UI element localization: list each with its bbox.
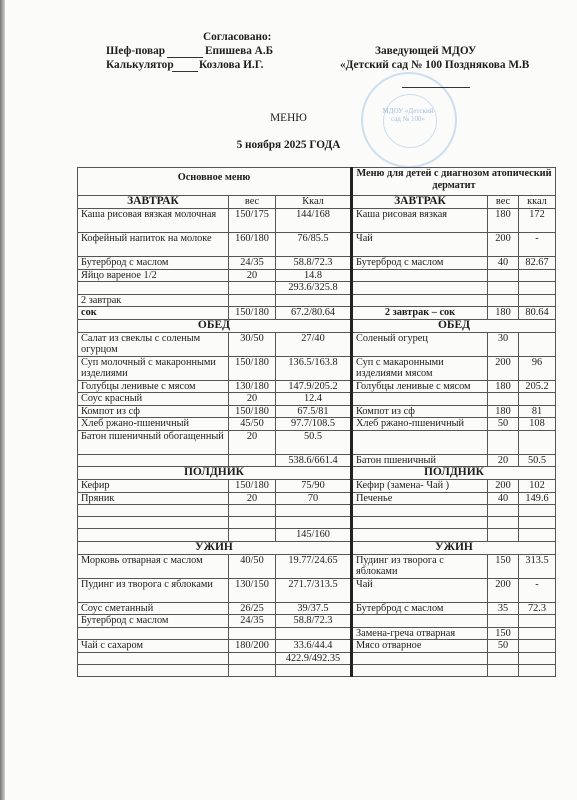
atopic-kcal: 72.3 [519, 602, 556, 615]
main-dish-name [78, 627, 229, 640]
atopic-kcal: - [519, 578, 556, 602]
main-dish-name: Каша рисовая вязкая молочная [78, 209, 229, 233]
atopic-dish-name: Суп с макаронными изделиями мясом [352, 356, 488, 380]
atopic-dish-name: Чай [352, 233, 488, 257]
main-dish-name [78, 652, 229, 665]
atopic-weight [488, 269, 519, 282]
main-kcal: 19.77/24.65 [276, 554, 352, 578]
main-kcal: 27/40 [276, 332, 352, 356]
table-row: 2 завтрак [78, 294, 556, 307]
atopic-weight [488, 529, 519, 542]
main-weight [229, 517, 276, 529]
atopic-dish-name: Хлеб ржано-пшеничный [352, 418, 488, 431]
table-row: Яйцо вареное 1/22014.8 [78, 269, 556, 282]
main-kcal: 33.6/44.4 [276, 640, 352, 653]
atopic-kcal: 80.64 [519, 307, 556, 320]
table-row [78, 665, 556, 677]
atopic-dish-name [352, 505, 488, 517]
atopic-weight: 200 [488, 233, 519, 257]
atopic-kcal [519, 529, 556, 542]
table-row: Соус сметанный26/2539/37.5Бутерброд с ма… [78, 602, 556, 615]
atopic-kcal [519, 517, 556, 529]
atopic-kcal [519, 652, 556, 665]
calc-label: Калькулятор [106, 58, 174, 72]
atopic-kcal: 313.5 [519, 554, 556, 578]
table-row [78, 505, 556, 517]
table-row: Кефир150/18075/90Кефир (замена- Чай )200… [78, 480, 556, 493]
calc-name: Козлова И.Г. [199, 58, 263, 72]
main-dish-name: Бутерброд с маслом [78, 257, 229, 270]
atopic-dish-name [352, 529, 488, 542]
section-header-lunch-right: ОБЕД [352, 319, 556, 332]
weight-header-right: вес [488, 196, 519, 209]
atopic-weight [488, 615, 519, 628]
atopic-weight: 200 [488, 578, 519, 602]
main-kcal: 145/160 [276, 529, 352, 542]
main-weight [229, 294, 276, 307]
atopic-dish-name: Кефир (замена- Чай ) [352, 480, 488, 493]
main-weight: 45/50 [229, 418, 276, 431]
atopic-kcal: 149.6 [519, 492, 556, 505]
main-kcal [276, 505, 352, 517]
main-kcal: 39/37.5 [276, 602, 352, 615]
atopic-dish-name [352, 430, 488, 454]
main-kcal: 538.6/661.4 [276, 454, 352, 467]
atopic-weight [488, 652, 519, 665]
atopic-weight [488, 282, 519, 295]
atopic-weight: 200 [488, 356, 519, 380]
main-kcal: 67.5/81 [276, 405, 352, 418]
main-weight: 26/25 [229, 602, 276, 615]
kcal-header-left: Ккал [276, 196, 352, 209]
main-weight: 24/35 [229, 615, 276, 628]
main-weight [229, 454, 276, 467]
atopic-kcal [519, 640, 556, 653]
main-weight: 150/180 [229, 480, 276, 493]
page-title: МЕНЮ [0, 112, 577, 124]
atopic-weight: 50 [488, 418, 519, 431]
atopic-weight: 30 [488, 332, 519, 356]
main-weight: 30/50 [229, 332, 276, 356]
atopic-weight: 180 [488, 405, 519, 418]
section-header-lunch-left: ОБЕД [78, 319, 352, 332]
main-dish-name [78, 454, 229, 467]
main-dish-name: Чай с сахаром [78, 640, 229, 653]
main-kcal [276, 627, 352, 640]
atopic-kcal [519, 332, 556, 356]
atopic-dish-name [352, 269, 488, 282]
atopic-kcal: 96 [519, 356, 556, 380]
main-weight [229, 665, 276, 677]
atopic-weight [488, 665, 519, 677]
main-dish-name [78, 282, 229, 295]
atopic-kcal: 82.67 [519, 257, 556, 270]
main-kcal: 97.7/108.5 [276, 418, 352, 431]
main-kcal: 136.5/163.8 [276, 356, 352, 380]
atopic-dish-name: Батон пшеничный [352, 454, 488, 467]
main-dish-name: Компот из сф [78, 405, 229, 418]
breakfast-header-left: ЗАВТРАК [78, 196, 229, 209]
main-dish-name: Салат из свеклы с соленым огурцом [78, 332, 229, 356]
atopic-dish-name [352, 665, 488, 677]
atopic-weight: 40 [488, 257, 519, 270]
table-row: Морковь отварная с маслом40/5019.77/24.6… [78, 554, 556, 578]
atopic-dish-name: Чай [352, 578, 488, 602]
table-row: Салат из свеклы с соленым огурцом30/5027… [78, 332, 556, 356]
atopic-kcal [519, 615, 556, 628]
main-dish-name: Соус сметанный [78, 602, 229, 615]
atopic-kcal [519, 282, 556, 295]
main-kcal [276, 517, 352, 529]
main-dish-name: Голубцы ленивые с мясом [78, 380, 229, 393]
main-weight: 20 [229, 430, 276, 454]
calc-signature-line [172, 71, 198, 72]
atopic-dish-name: 2 завтрак – сок [352, 307, 488, 320]
main-kcal [276, 294, 352, 307]
atopic-kcal [519, 393, 556, 406]
atopic-kcal: 81 [519, 405, 556, 418]
atopic-weight: 50 [488, 640, 519, 653]
main-weight [229, 282, 276, 295]
section-header-snack-left: ПОЛДНИК [78, 467, 352, 480]
atopic-dish-name: Соленый огурец [352, 332, 488, 356]
kcal-header-right: ккал [519, 196, 556, 209]
main-dish-name [78, 665, 229, 677]
table-row: Суп молочный с макаронными изделиями150/… [78, 356, 556, 380]
approved-label: Согласовано: [203, 30, 271, 44]
atopic-kcal: 108 [519, 418, 556, 431]
main-dish-name: сок [78, 307, 229, 320]
atopic-weight [488, 505, 519, 517]
table-row: Хлеб ржано-пшеничный45/5097.7/108.5Хлеб … [78, 418, 556, 431]
table-row: Бутерброд с маслом24/3558.8/72.3Бутербро… [78, 257, 556, 270]
atopic-kcal [519, 505, 556, 517]
main-kcal: 58.8/72.3 [276, 257, 352, 270]
section-header-dinner-right: УЖИН [352, 541, 556, 554]
atopic-kcal [519, 665, 556, 677]
table-row: Батон пшеничный обогащенный2050.5 [78, 430, 556, 454]
atopic-weight: 180 [488, 209, 519, 233]
main-weight: 20 [229, 492, 276, 505]
main-menu-title: Основное меню [78, 168, 352, 196]
atopic-kcal [519, 430, 556, 454]
section-header-snack-right: ПОЛДНИК [352, 467, 556, 480]
main-dish-name [78, 505, 229, 517]
head-signature-line [402, 87, 470, 88]
main-weight [229, 652, 276, 665]
main-kcal: 271.7/313.5 [276, 578, 352, 602]
atopic-dish-name: Бутерброд с маслом [352, 257, 488, 270]
atopic-dish-name [352, 652, 488, 665]
main-kcal: 76/85.5 [276, 233, 352, 257]
chef-name: Епишева А.Б [205, 44, 273, 58]
atopic-kcal: 172 [519, 209, 556, 233]
main-dish-name: 2 завтрак [78, 294, 229, 307]
atopic-weight: 200 [488, 480, 519, 493]
main-kcal [276, 665, 352, 677]
atopic-dish-name: Бутерброд с маслом [352, 602, 488, 615]
main-weight: 20 [229, 269, 276, 282]
table-row: Чай с сахаром180/20033.6/44.4Мясо отварн… [78, 640, 556, 653]
main-weight: 150/180 [229, 356, 276, 380]
main-weight [229, 529, 276, 542]
atopic-dish-name [352, 393, 488, 406]
table-row: Бутерброд с маслом24/3558.8/72.3 [78, 615, 556, 628]
main-weight: 180/200 [229, 640, 276, 653]
main-kcal: 14.8 [276, 269, 352, 282]
atopic-kcal [519, 627, 556, 640]
table-row [78, 517, 556, 529]
atopic-weight: 20 [488, 454, 519, 467]
breakfast-header-right: ЗАВТРАК [352, 196, 488, 209]
main-weight: 150/175 [229, 209, 276, 233]
atopic-weight: 40 [488, 492, 519, 505]
main-kcal: 293.6/325.8 [276, 282, 352, 295]
table-row: 145/160 [78, 529, 556, 542]
atopic-kcal: 50.5 [519, 454, 556, 467]
atopic-kcal [519, 294, 556, 307]
head-org-name: «Детский сад № 100 Позднякова М.В [340, 58, 529, 72]
atopic-dish-name: Голубцы ленивые с мясом [352, 380, 488, 393]
table-row: Компот из сф150/18067.5/81Компот из сф18… [78, 405, 556, 418]
main-dish-name: Яйцо вареное 1/2 [78, 269, 229, 282]
table-row: 538.6/661.4Батон пшеничный2050.5 [78, 454, 556, 467]
chef-label: Шеф-повар [106, 44, 165, 58]
main-weight: 24/35 [229, 257, 276, 270]
atopic-menu-title: Меню для детей с диагнозом атопический д… [352, 168, 556, 196]
main-dish-name: Батон пшеничный обогащенный [78, 430, 229, 454]
atopic-weight [488, 517, 519, 529]
main-kcal: 50.5 [276, 430, 352, 454]
main-weight: 20 [229, 393, 276, 406]
main-dish-name: Кофейный напиток на молоке [78, 233, 229, 257]
main-kcal: 70 [276, 492, 352, 505]
table-row: Пудинг из творога с яблоками130/150271.7… [78, 578, 556, 602]
main-weight [229, 627, 276, 640]
atopic-dish-name [352, 294, 488, 307]
table-row: Каша рисовая вязкая молочная150/175144/1… [78, 209, 556, 233]
menu-date: 5 ноября 2025 ГОДА [0, 139, 577, 151]
main-dish-name: Суп молочный с макаронными изделиями [78, 356, 229, 380]
main-weight: 150/180 [229, 405, 276, 418]
atopic-weight: 35 [488, 602, 519, 615]
atopic-weight: 180 [488, 307, 519, 320]
atopic-dish-name: Каша рисовая вязкая [352, 209, 488, 233]
main-dish-name: Морковь отварная с маслом [78, 554, 229, 578]
main-dish-name: Пудинг из творога с яблоками [78, 578, 229, 602]
main-dish-name: Бутерброд с маслом [78, 615, 229, 628]
main-weight [229, 505, 276, 517]
table-row: Голубцы ленивые с мясом130/180147.9/205.… [78, 380, 556, 393]
atopic-weight: 150 [488, 627, 519, 640]
main-weight: 130/180 [229, 380, 276, 393]
atopic-kcal: 205.2 [519, 380, 556, 393]
menu-table: Основное меню Меню для детей с диагнозом… [77, 167, 556, 677]
table-row: Кофейный напиток на молоке160/18076/85.5… [78, 233, 556, 257]
weight-header-left: вес [229, 196, 276, 209]
main-kcal: 75/90 [276, 480, 352, 493]
atopic-dish-name: Пудинг из творога с яблоками [352, 554, 488, 578]
atopic-kcal: 102 [519, 480, 556, 493]
main-dish-name [78, 517, 229, 529]
table-row: 293.6/325.8 [78, 282, 556, 295]
atopic-kcal: - [519, 233, 556, 257]
main-kcal: 144/168 [276, 209, 352, 233]
main-kcal: 147.9/205.2 [276, 380, 352, 393]
atopic-dish-name [352, 615, 488, 628]
main-kcal: 67.2/80.64 [276, 307, 352, 320]
section-header-dinner-left: УЖИН [78, 541, 352, 554]
atopic-dish-name: Мясо отварное [352, 640, 488, 653]
main-weight: 40/50 [229, 554, 276, 578]
table-row: Соус красный2012.4 [78, 393, 556, 406]
atopic-weight [488, 393, 519, 406]
table-row: Пряник2070Печенье40149.6 [78, 492, 556, 505]
main-dish-name [78, 529, 229, 542]
atopic-kcal [519, 269, 556, 282]
atopic-weight: 180 [488, 380, 519, 393]
main-weight: 150/180 [229, 307, 276, 320]
main-dish-name: Хлеб ржано-пшеничный [78, 418, 229, 431]
main-dish-name: Кефир [78, 480, 229, 493]
main-kcal: 58.8/72.3 [276, 615, 352, 628]
atopic-dish-name [352, 517, 488, 529]
atopic-dish-name [352, 282, 488, 295]
atopic-dish-name: Замена-греча отварная [352, 627, 488, 640]
table-row: 422.9/492.35 [78, 652, 556, 665]
atopic-dish-name: Печенье [352, 492, 488, 505]
table-row: сок150/18067.2/80.642 завтрак – сок18080… [78, 307, 556, 320]
main-weight: 160/180 [229, 233, 276, 257]
main-kcal: 12.4 [276, 393, 352, 406]
atopic-weight [488, 294, 519, 307]
atopic-weight: 150 [488, 554, 519, 578]
atopic-dish-name: Компот из сф [352, 405, 488, 418]
atopic-weight [488, 430, 519, 454]
main-kcal: 422.9/492.35 [276, 652, 352, 665]
main-dish-name: Соус красный [78, 393, 229, 406]
main-dish-name: Пряник [78, 492, 229, 505]
main-weight: 130/150 [229, 578, 276, 602]
head-title: Заведующей МДОУ [375, 44, 476, 58]
table-row: Замена-греча отварная150 [78, 627, 556, 640]
